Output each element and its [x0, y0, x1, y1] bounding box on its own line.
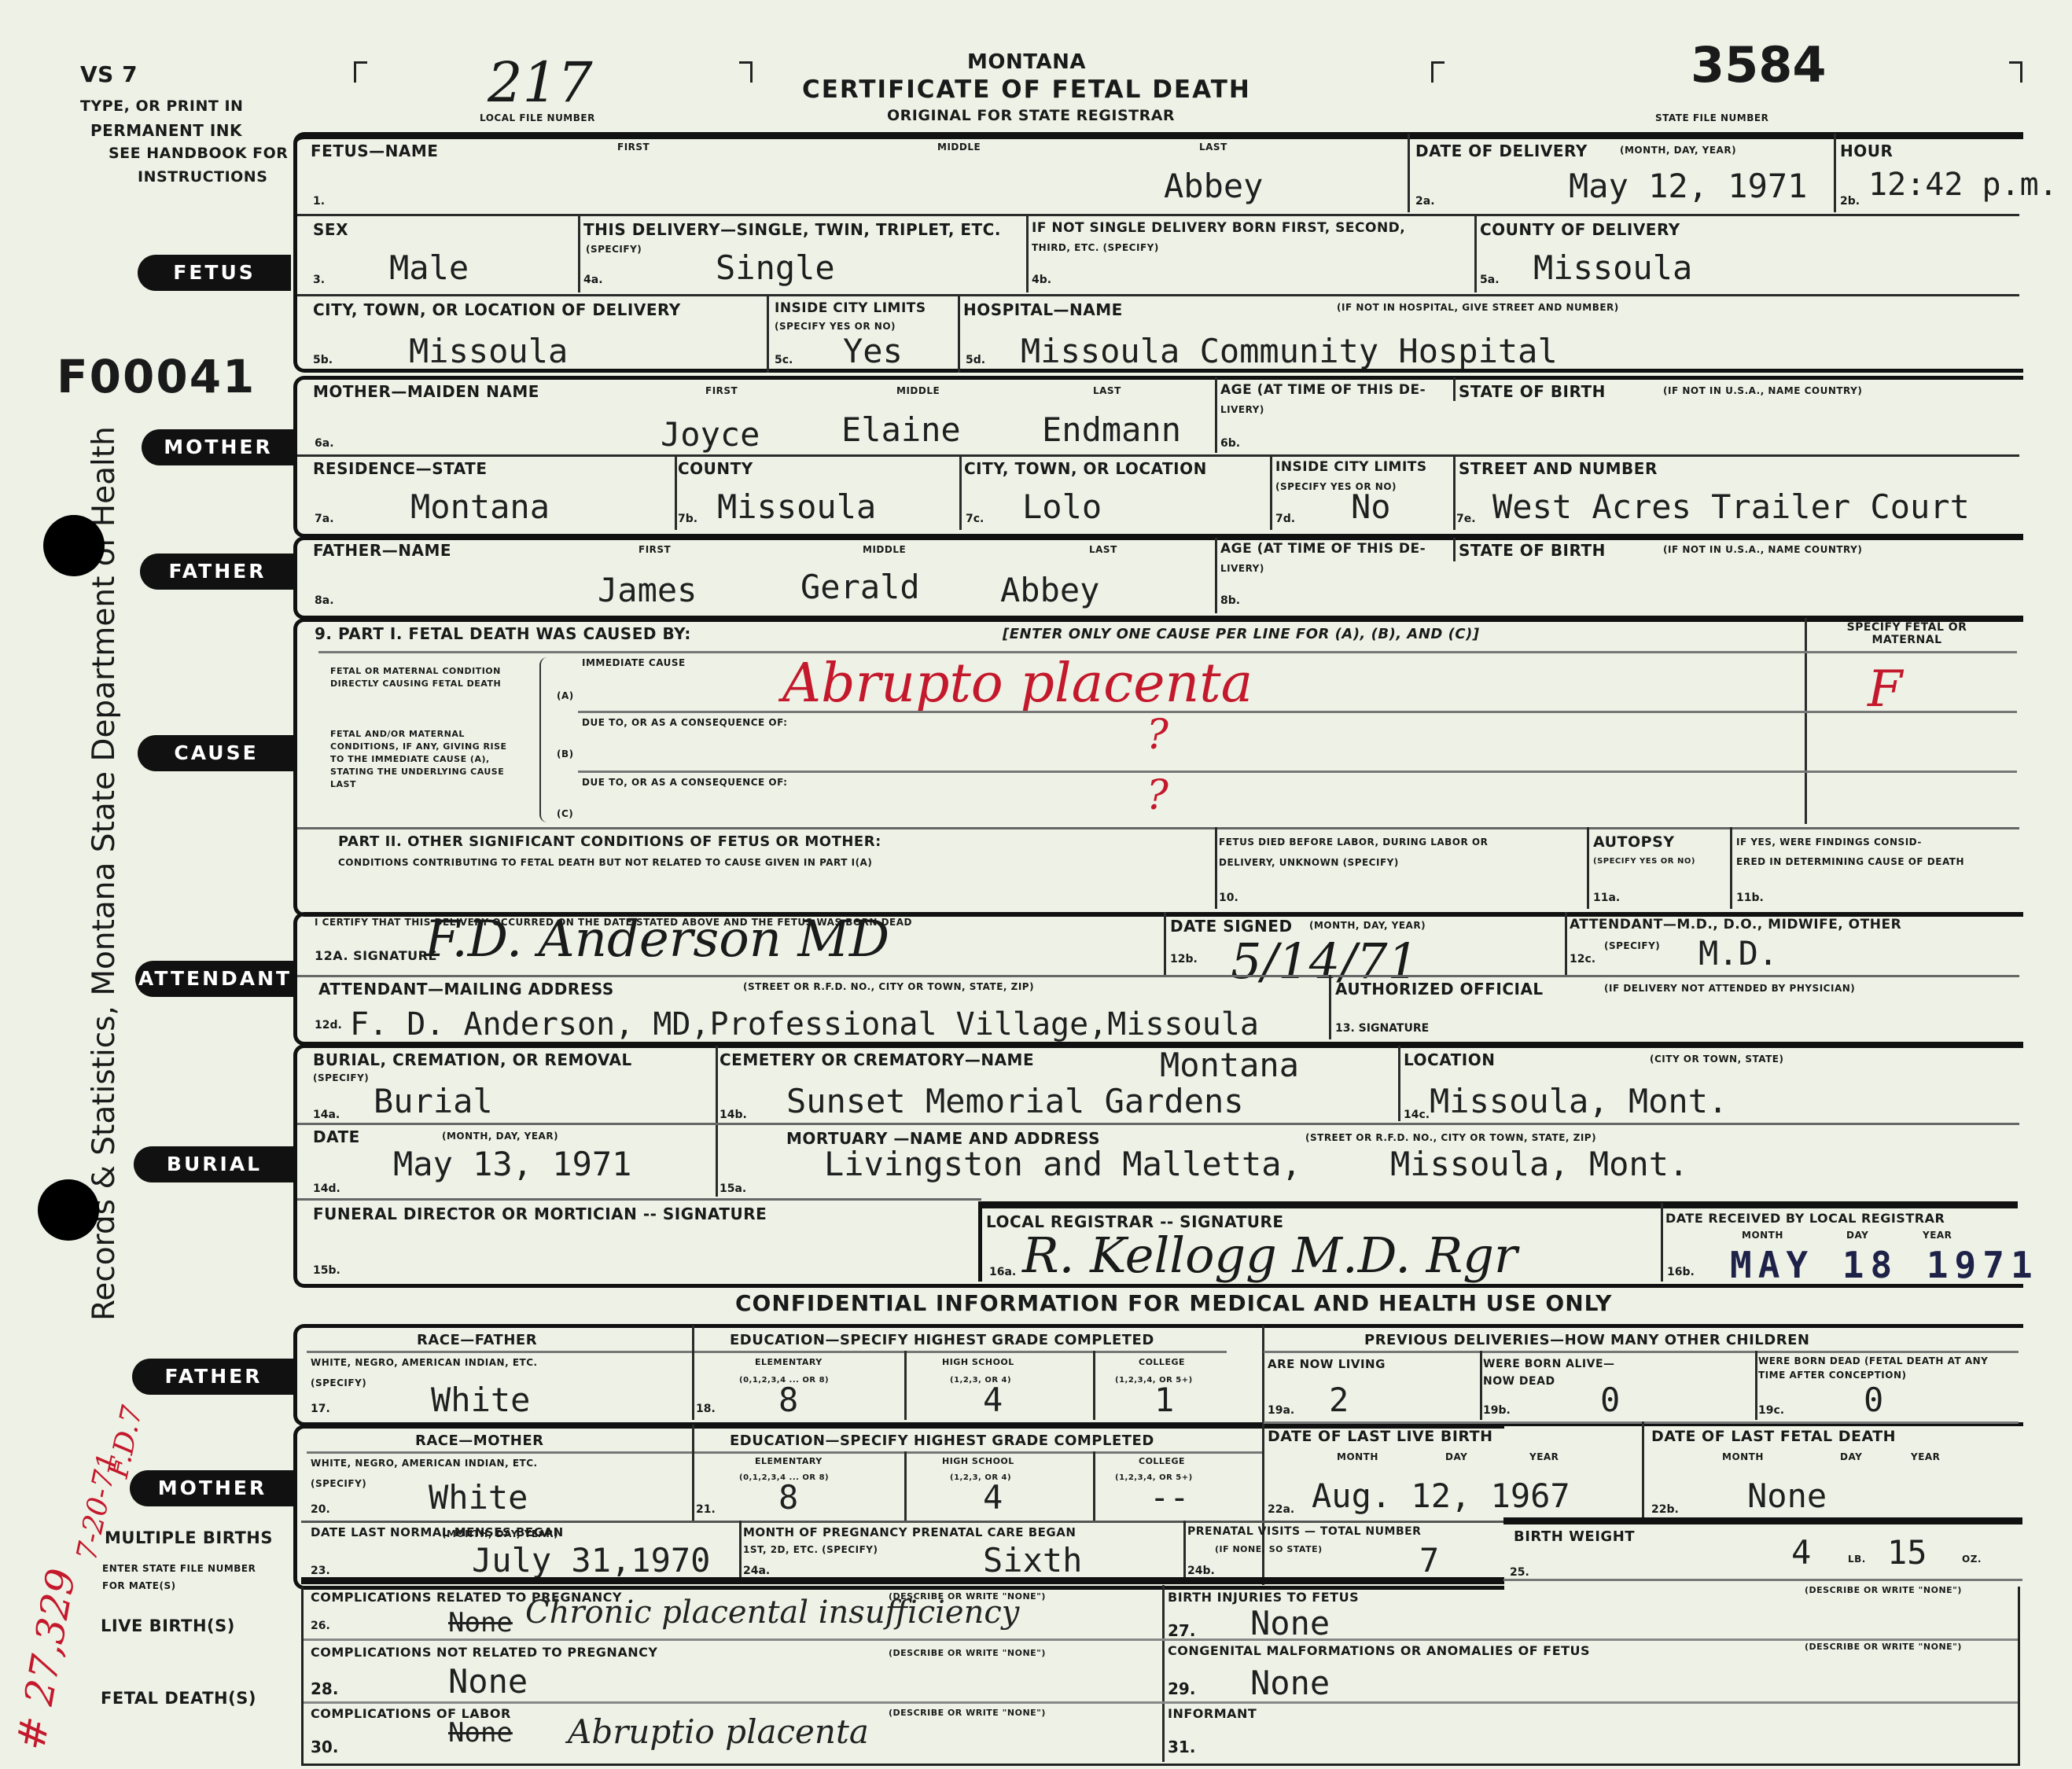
day-label: DAY — [1445, 1451, 1467, 1462]
field-number: 28. — [311, 1679, 338, 1698]
part1-label: 9. PART I. FETAL DEATH WAS CAUSED BY: — [315, 624, 691, 643]
cause-b-field[interactable]: ? — [1146, 712, 1168, 759]
prenatal-visits-hint: (IF NONE, SO STATE) — [1215, 1544, 1323, 1554]
first-label: FIRST — [617, 142, 650, 153]
field-number: 3. — [313, 274, 325, 286]
row-divider — [297, 214, 2019, 216]
authorized-official-label: AUTHORIZED OFFICIAL — [1335, 980, 1544, 999]
corner-mark — [1431, 61, 1445, 83]
part2-hint: CONDITIONS CONTRIBUTING TO FETAL DEATH B… — [338, 857, 872, 868]
stamp-number: F00041 — [57, 350, 256, 403]
malformations-field[interactable]: None — [1250, 1664, 1330, 1702]
this-delivery-label: THIS DELIVERY—SINGLE, TWIN, TRIPLET, ETC… — [583, 220, 1001, 239]
field-number: 29. — [1168, 1679, 1195, 1698]
field-number: 2b. — [1840, 195, 1860, 208]
inside-city-hint: (SPECIFY YES OR NO) — [775, 321, 896, 332]
due-to-label: DUE TO, OR AS A CONSEQUENCE OF: — [582, 717, 787, 728]
mother-last-name-field[interactable]: Endmann — [1042, 410, 1181, 449]
day-label: DAY — [1840, 1451, 1862, 1462]
divider — [1215, 377, 1217, 453]
state-name: MONTANA — [967, 50, 1086, 74]
tab-cause: CAUSE — [138, 735, 295, 771]
race-mother-field[interactable]: White — [429, 1478, 528, 1517]
field-number: 24a. — [743, 1565, 770, 1577]
letter-c: (c) — [557, 808, 573, 819]
row-divider — [307, 1451, 1262, 1454]
education-label: EDUCATION—SPECIFY HIGHEST GRADE COMPLETE… — [730, 1332, 1154, 1348]
divider — [1329, 975, 1331, 1039]
field-number: 20. — [311, 1503, 330, 1516]
birth-weight-lb-field[interactable]: 4 — [1791, 1533, 1811, 1572]
attendant-address-label: ATTENDANT—MAILING ADDRESS — [318, 980, 614, 999]
fetus-died-hint: DELIVERY, UNKNOWN (SPECIFY) — [1219, 857, 1399, 868]
divider — [1587, 827, 1589, 909]
middle-label: MIDDLE — [937, 142, 981, 153]
residence-inside-limits-label: INSIDE CITY LIMITS — [1275, 459, 1427, 475]
tab-mother-confidential: MOTHER — [130, 1470, 295, 1506]
inside-city-limits-field[interactable]: Yes — [843, 332, 903, 370]
punch-hole — [38, 1179, 99, 1241]
race-mother-label: RACE—MOTHER — [415, 1432, 544, 1449]
middle-label: MIDDLE — [863, 544, 906, 555]
corner-mark — [354, 61, 367, 83]
mother-age-label: AGE (AT TIME OF THIS DE- — [1220, 382, 1426, 398]
field-number: 19b. — [1483, 1404, 1511, 1417]
hospital-name-field[interactable]: Missoula Community Hospital — [1021, 332, 1558, 370]
attendant-address-hint: (STREET OR R.F.D. NO., CITY OR TOWN, STA… — [743, 981, 1034, 992]
mortuary-hint: (STREET OR R.F.D. NO., CITY OR TOWN, STA… — [1305, 1132, 1596, 1143]
college-label: COLLEGE — [1139, 1456, 1185, 1466]
divider — [958, 294, 960, 373]
field-number: 23. — [311, 1565, 330, 1577]
city-of-delivery-label: CITY, TOWN, OR LOCATION OF DELIVERY — [313, 300, 681, 319]
field-number: 1. — [313, 195, 325, 208]
field-number: 25. — [1510, 1566, 1529, 1579]
field-number: 5a. — [1480, 274, 1500, 286]
residence-inside-limits-field[interactable]: No — [1351, 487, 1391, 526]
cause-bc-description: FETAL AND/OR MATERNAL CONDITIONS, IF ANY… — [330, 728, 515, 791]
cemetery-field[interactable]: Sunset Memorial Gardens — [786, 1082, 1244, 1120]
birth-weight-label: BIRTH WEIGHT — [1514, 1528, 1635, 1545]
field-number: 7e. — [1456, 513, 1476, 525]
field-number: 8a. — [315, 594, 334, 607]
divider — [904, 1451, 907, 1521]
education-label: EDUCATION—SPECIFY HIGHEST GRADE COMPLETE… — [730, 1432, 1154, 1449]
confidential-title: CONFIDENTIAL INFORMATION FOR MEDICAL AND… — [735, 1290, 1612, 1316]
residence-county-field[interactable]: Missoula — [717, 487, 876, 526]
corner-mark — [739, 61, 753, 83]
day-label: DAY — [1846, 1230, 1868, 1241]
part2-label: PART II. OTHER SIGNIFICANT CONDITIONS OF… — [338, 833, 881, 850]
residence-city-label: CITY, TOWN, OR LOCATION — [964, 459, 1207, 478]
divider — [1453, 377, 1456, 401]
divider — [1164, 912, 1166, 975]
burial-date-hint: (MONTH, DAY, YEAR) — [442, 1131, 558, 1142]
residence-state-field[interactable]: Montana — [410, 487, 550, 526]
row-divider — [297, 1123, 2019, 1125]
complications-labor-struck: None — [448, 1717, 513, 1749]
field-number: 4b. — [1032, 274, 1051, 286]
county-of-delivery-label: COUNTY OF DELIVERY — [1480, 220, 1680, 239]
birth-injuries-field[interactable]: None — [1250, 1604, 1330, 1642]
elementary-label: ELEMENTARY — [755, 1456, 823, 1466]
fetus-died-label: FETUS DIED BEFORE LABOR, DURING LABOR OR — [1219, 837, 1488, 848]
local-file-number: 217 — [488, 50, 593, 115]
cemetery-state-field[interactable]: Montana — [1160, 1046, 1299, 1084]
row-divider — [307, 1351, 1227, 1353]
field-number: 15a. — [719, 1182, 746, 1195]
date-hint: (MONTH, DAY, YEAR) — [1620, 145, 1736, 156]
residence-city-field[interactable]: Lolo — [1022, 487, 1102, 526]
prenatal-visits-label: PRENATAL VISITS — TOTAL NUMBER — [1187, 1525, 1421, 1538]
due-to-label: DUE TO, OR AS A CONSEQUENCE OF: — [582, 777, 787, 788]
field-number: 11a. — [1593, 892, 1620, 904]
mother-middle-name-field[interactable]: Elaine — [841, 410, 961, 449]
row-divider — [301, 1577, 1504, 1584]
malformations-label: CONGENITAL MALFORMATIONS OR ANOMALIES OF… — [1168, 1643, 1590, 1658]
red-handwritten-note: F.D.7 — [102, 1403, 149, 1480]
tab-father-confidential: FATHER — [132, 1359, 295, 1395]
cause-a-field[interactable]: Abrupto placenta — [782, 653, 1253, 715]
burial-method-field[interactable]: Burial — [374, 1082, 493, 1120]
findings-label: IF YES, WERE FINDINGS CONSID- — [1736, 837, 1922, 848]
letter-b: (b) — [557, 748, 574, 759]
field-number: 5c. — [775, 354, 793, 366]
fetal-deaths-label: FETAL DEATH(S) — [101, 1689, 256, 1708]
instruction-line: TYPE, OR PRINT IN — [80, 97, 243, 115]
divider — [1398, 1046, 1400, 1121]
divider — [1453, 538, 1456, 561]
punch-hole — [43, 515, 105, 576]
instruction-line: PERMANENT INK — [90, 121, 242, 140]
part1-hint: [ENTER ONLY ONE CAUSE PER LINE FOR (a), … — [1003, 626, 1480, 642]
field-number: 14b. — [719, 1109, 747, 1121]
field-number: 5b. — [313, 354, 333, 366]
field-number: 7c. — [966, 513, 984, 525]
form-title: CERTIFICATE OF FETAL DEATH — [802, 75, 1251, 104]
describe-hint: (DESCRIBE OR WRITE "NONE") — [1805, 1642, 1962, 1652]
corner-mark — [2009, 61, 2022, 83]
college-label: COLLEGE — [1139, 1357, 1185, 1367]
birth-hint: (IF NOT IN U.S.A., NAME COUNTRY) — [1663, 544, 1862, 555]
field-number: 16b. — [1667, 1266, 1695, 1278]
divider — [1805, 618, 1807, 824]
specify-hint: (SPECIFY) — [311, 1377, 366, 1388]
last-label: LAST — [1199, 142, 1227, 153]
tab-father: FATHER — [140, 554, 295, 590]
divider — [978, 1203, 982, 1282]
field-number: 12c. — [1570, 953, 1595, 965]
year-label: YEAR — [1529, 1451, 1559, 1462]
mother-first-name-field[interactable]: Joyce — [661, 415, 760, 454]
burial-location-field[interactable]: Missoula, Mont. — [1430, 1082, 1728, 1120]
field-number: 13. SIGNATURE — [1335, 1022, 1429, 1035]
prenatal-care-hint: 1ST, 2D, ETC. (SPECIFY) — [743, 1544, 878, 1555]
complications-not-related-field[interactable]: None — [448, 1662, 528, 1701]
fetus-last-name-field[interactable]: Abbey — [1164, 167, 1263, 205]
field-number: 22b. — [1651, 1503, 1679, 1516]
form-code: VS 7 — [80, 61, 138, 87]
attendant-type-field[interactable]: M.D. — [1698, 934, 1778, 973]
race-hint: WHITE, NEGRO, AMERICAN INDIAN, ETC. — [311, 1458, 538, 1469]
hospital-hint: (IF NOT IN HOSPITAL, GIVE STREET AND NUM… — [1337, 302, 1619, 313]
field-number: 6b. — [1220, 437, 1240, 450]
divider — [1565, 912, 1567, 975]
state-file-number: 3584 — [1691, 36, 1827, 94]
field-number: 26. — [311, 1620, 330, 1632]
informant-label: INFORMANT — [1168, 1706, 1257, 1721]
findings-hint: ERED IN DETERMINING CAUSE OF DEATH — [1736, 854, 2011, 870]
field-number: 16a. — [989, 1266, 1016, 1278]
multiple-births-instruction: ENTER STATE FILE NUMBER FOR MATE(S) — [102, 1560, 275, 1594]
field-number: 15b. — [313, 1264, 340, 1277]
field-number: 2a. — [1415, 195, 1435, 208]
local-file-number-label: LOCAL FILE NUMBER — [480, 112, 595, 123]
father-high-school-field[interactable]: 4 — [983, 1381, 1003, 1419]
bracket — [539, 657, 549, 822]
cemetery-label: CEMETERY OR CREMATORY—NAME — [719, 1050, 1034, 1069]
field-number: 6a. — [315, 437, 334, 450]
delivery-date-field[interactable]: May 12, 1971 — [1569, 167, 1807, 205]
red-handwritten-number: # 27,329 — [8, 1565, 85, 1753]
row-divider — [297, 454, 2019, 457]
hour-label: HOUR — [1840, 142, 1893, 160]
divider — [1661, 1203, 1663, 1282]
instruction-line: INSTRUCTIONS — [138, 168, 267, 186]
born-dead-label: WERE BORN DEAD (FETAL DEATH AT ANY TIME … — [1758, 1354, 2014, 1382]
row-divider — [297, 827, 2019, 829]
letter-a: (a) — [557, 690, 574, 701]
row-divider — [304, 1638, 2018, 1641]
burial-location-label: LOCATION — [1404, 1050, 1495, 1069]
field-number: 19a. — [1268, 1404, 1294, 1417]
field-number: 11b. — [1736, 892, 1764, 904]
lb-unit: LB. — [1848, 1554, 1866, 1565]
row-divider — [978, 1201, 2018, 1208]
divider — [1215, 827, 1217, 909]
divider — [1480, 1351, 1482, 1420]
divider — [675, 454, 677, 530]
divider — [1755, 1351, 1757, 1420]
birth-order-hint: THIRD, ETC. (SPECIFY) — [1032, 242, 1159, 253]
divider — [959, 454, 962, 530]
middle-label: MIDDLE — [896, 385, 940, 396]
tab-attendant: ATTENDANT — [135, 961, 295, 997]
previous-deliveries-label: PREVIOUS DELIVERIES—HOW MANY OTHER CHILD… — [1364, 1332, 1809, 1348]
father-last-name-field[interactable]: Abbey — [1000, 571, 1099, 609]
field-number: 18. — [696, 1403, 716, 1415]
high-school-label: HIGH SCHOOL — [942, 1456, 1014, 1466]
cause-a-description: FETAL OR MATERNAL CONDITION DIRECTLY CAU… — [330, 665, 515, 690]
birth-injuries-label: BIRTH INJURIES TO FETUS — [1168, 1590, 1359, 1605]
field-number: 24b. — [1187, 1565, 1215, 1577]
divider — [767, 294, 769, 373]
divider — [1093, 1451, 1095, 1521]
race-father-label: RACE—FATHER — [417, 1332, 537, 1348]
father-age-label: AGE (AT TIME OF THIS DE- — [1220, 541, 1426, 557]
row-divider — [297, 294, 2019, 296]
burial-location-hint: (CITY OR TOWN, STATE) — [1650, 1054, 1783, 1065]
fetus-name-label: FETUS—NAME — [311, 142, 438, 160]
mortuary-name-field[interactable]: Livingston and Malletta, — [824, 1145, 1301, 1183]
field-number: 8b. — [1220, 594, 1240, 607]
tab-mother: MOTHER — [142, 429, 295, 465]
divider — [1474, 214, 1477, 292]
inside-city-limits-label: INSIDE CITY LIMITS — [775, 300, 926, 316]
race-father-field[interactable]: White — [431, 1381, 530, 1419]
mother-state-of-birth-label: STATE OF BIRTH — [1459, 382, 1606, 401]
row-divider — [1264, 1351, 2019, 1353]
instruction-line: SEE HANDBOOK FOR — [109, 145, 288, 162]
field-number: 12b. — [1170, 953, 1198, 965]
divider — [1834, 134, 1836, 212]
field-number: 14c. — [1404, 1109, 1430, 1121]
prenatal-care-month-field[interactable]: Sixth — [983, 1541, 1082, 1580]
field-number: 5d. — [966, 354, 985, 366]
father-elementary-field[interactable]: 8 — [778, 1381, 798, 1419]
high-school-label: HIGH SCHOOL — [942, 1357, 1014, 1367]
divider — [904, 1351, 907, 1420]
attendant-address-field[interactable]: F. D. Anderson, MD,Professional Village,… — [350, 1006, 1259, 1043]
mother-high-school-field[interactable]: 4 — [983, 1478, 1003, 1517]
prenatal-care-began-label: MONTH OF PREGNANCY PRENATAL CARE BEGAN — [743, 1525, 1076, 1539]
complications-pregnancy-field[interactable]: Chronic placental insufficiency — [525, 1594, 1019, 1631]
mother-elementary-field[interactable]: 8 — [778, 1478, 798, 1517]
birth-weight-oz-field[interactable]: 15 — [1887, 1533, 1927, 1572]
city-of-delivery-field[interactable]: Missoula — [409, 332, 568, 370]
born-alive-now-dead-field[interactable]: 0 — [1600, 1381, 1620, 1419]
last-fetal-death-field[interactable]: None — [1747, 1477, 1827, 1515]
divider — [1026, 214, 1029, 292]
describe-hint: (DESCRIBE OR WRITE "NONE") — [889, 1648, 1046, 1658]
father-name-label: FATHER—NAME — [313, 541, 451, 560]
field-number: 7b. — [678, 513, 697, 525]
date-received-label: DATE RECEIVED BY LOCAL REGISTRAR — [1665, 1211, 1945, 1226]
row-divider — [1264, 1421, 2019, 1424]
field-number: 14a. — [313, 1109, 340, 1121]
delivery-type-field[interactable]: Single — [716, 248, 835, 287]
divider — [1162, 1585, 1165, 1762]
first-label: FIRST — [639, 544, 671, 555]
prenatal-visits-field[interactable]: 7 — [1419, 1541, 1439, 1580]
divider — [578, 214, 580, 292]
residence-state-label: RESIDENCE—STATE — [313, 459, 487, 478]
elementary-label: ELEMENTARY — [755, 1357, 823, 1367]
month-label: MONTH — [1722, 1451, 1764, 1462]
race-hint: WHITE, NEGRO, AMERICAN INDIAN, ETC. — [311, 1357, 538, 1368]
specify-hint: (SPECIFY) — [311, 1478, 366, 1489]
year-label: YEAR — [1911, 1451, 1940, 1462]
street-field[interactable]: West Acres Trailer Court — [1492, 487, 1970, 526]
complications-not-related-label: COMPLICATIONS NOT RELATED TO PREGNANCY — [311, 1645, 657, 1660]
row-divider — [297, 1198, 981, 1201]
sex-field[interactable]: Male — [389, 248, 469, 287]
now-living-label: ARE NOW LIVING — [1268, 1357, 1386, 1371]
now-living-field[interactable]: 2 — [1329, 1381, 1349, 1419]
immediate-cause-label: IMMEDIATE CAUSE — [582, 657, 686, 668]
divider — [1408, 134, 1410, 212]
father-middle-name-field[interactable]: Gerald — [800, 568, 920, 606]
first-label: FIRST — [705, 385, 738, 396]
specify-hint: (SPECIFY) — [586, 244, 642, 255]
specify-fetal-maternal-label: SPECIFY FETAL OR MATERNAL — [1828, 621, 1986, 646]
father-state-of-birth-label: STATE OF BIRTH — [1459, 541, 1606, 560]
divider — [692, 1326, 694, 1420]
residence-county-label: COUNTY — [678, 459, 753, 478]
multiple-births-label: MULTIPLE BIRTHS — [105, 1528, 273, 1547]
complications-labor-field[interactable]: Abruptio placenta — [568, 1712, 869, 1751]
last-fetal-death-label: DATE OF LAST FETAL DEATH — [1651, 1428, 1896, 1445]
field-number: 22a. — [1268, 1503, 1294, 1516]
field-number: 4a. — [583, 274, 603, 286]
divider — [1215, 538, 1217, 613]
mother-maiden-name-label: MOTHER—MAIDEN NAME — [313, 382, 539, 401]
month-label: MONTH — [1742, 1230, 1783, 1241]
father-first-name-field[interactable]: James — [598, 571, 697, 609]
divider — [1093, 1351, 1095, 1420]
birth-order-label: IF NOT SINGLE DELIVERY BORN FIRST, SECON… — [1032, 220, 1405, 236]
last-live-birth-field[interactable]: Aug. 12, 1967 — [1312, 1477, 1570, 1515]
divider — [739, 1521, 742, 1580]
autopsy-hint: (SPECIFY YES OR NO) — [1593, 857, 1695, 866]
last-label: LAST — [1093, 385, 1121, 396]
last-label: LAST — [1089, 544, 1117, 555]
date-received-stamp: MAY 18 1971 — [1730, 1244, 2039, 1286]
month-label: MONTH — [1337, 1451, 1378, 1462]
cause-c-field[interactable]: ? — [1146, 772, 1168, 819]
registrar-signature[interactable]: R. Kellogg M.D. Rgr — [1022, 1227, 1518, 1284]
field-number: 14d. — [313, 1182, 340, 1195]
father-college-field[interactable]: 1 — [1154, 1381, 1174, 1419]
field-number: 31. — [1168, 1738, 1195, 1756]
divider — [692, 1425, 694, 1521]
date-signed-hint: (MONTH, DAY, YEAR) — [1309, 920, 1426, 931]
row-divider — [1503, 1579, 2022, 1581]
field-number: 19c. — [1758, 1404, 1784, 1417]
hospital-name-label: HOSPITAL—NAME — [963, 300, 1123, 319]
state-file-number-label: STATE FILE NUMBER — [1655, 112, 1768, 123]
date-of-delivery-label: DATE OF DELIVERY — [1415, 142, 1588, 160]
row-divider — [304, 1701, 2018, 1704]
form-subtitle: ORIGINAL FOR STATE REGISTRAR — [887, 107, 1175, 124]
tab-burial: BURIAL — [134, 1146, 295, 1182]
mother-college-field[interactable]: -- — [1150, 1478, 1190, 1517]
oz-unit: OZ. — [1962, 1554, 1982, 1565]
attendant-type-label: ATTENDANT—M.D., D.O., MIDWIFE, OTHER — [1570, 917, 1901, 932]
mortuary-city-field[interactable]: Missoula, Mont. — [1390, 1145, 1688, 1183]
delivery-hour-field[interactable]: 12:42 p.m. — [1868, 167, 2058, 203]
specify-hint: (SPECIFY) — [1604, 940, 1660, 951]
lmp-field[interactable]: July 31,1970 — [472, 1541, 710, 1580]
field-number: 27. — [1168, 1621, 1195, 1640]
burial-date-field[interactable]: May 13, 1971 — [393, 1145, 631, 1183]
county-of-delivery-field[interactable]: Missoula — [1533, 248, 1692, 287]
attendant-signature[interactable]: F.D. Anderson MD — [425, 910, 889, 969]
field-number: 12d. — [315, 1019, 342, 1032]
authorized-official-hint: (IF DELIVERY NOT ATTENDED BY PHYSICIAN) — [1604, 983, 1855, 994]
describe-hint: (DESCRIBE OR WRITE "NONE") — [1805, 1585, 1962, 1595]
birth-hint: (IF NOT IN U.S.A., NAME COUNTRY) — [1663, 385, 1862, 396]
cause-a-type-field[interactable]: F — [1868, 660, 1902, 719]
specify-hint: (SPECIFY) — [313, 1072, 369, 1083]
last-live-birth-label: DATE OF LAST LIVE BIRTH — [1268, 1428, 1493, 1445]
year-label: YEAR — [1923, 1230, 1952, 1241]
field-number: 30. — [311, 1738, 338, 1756]
born-dead-field[interactable]: 0 — [1864, 1381, 1883, 1419]
mother-age-hint: LIVERY) — [1220, 404, 1264, 415]
live-births-label: LIVE BIRTH(S) — [101, 1616, 235, 1635]
row-divider — [1503, 1517, 2022, 1524]
